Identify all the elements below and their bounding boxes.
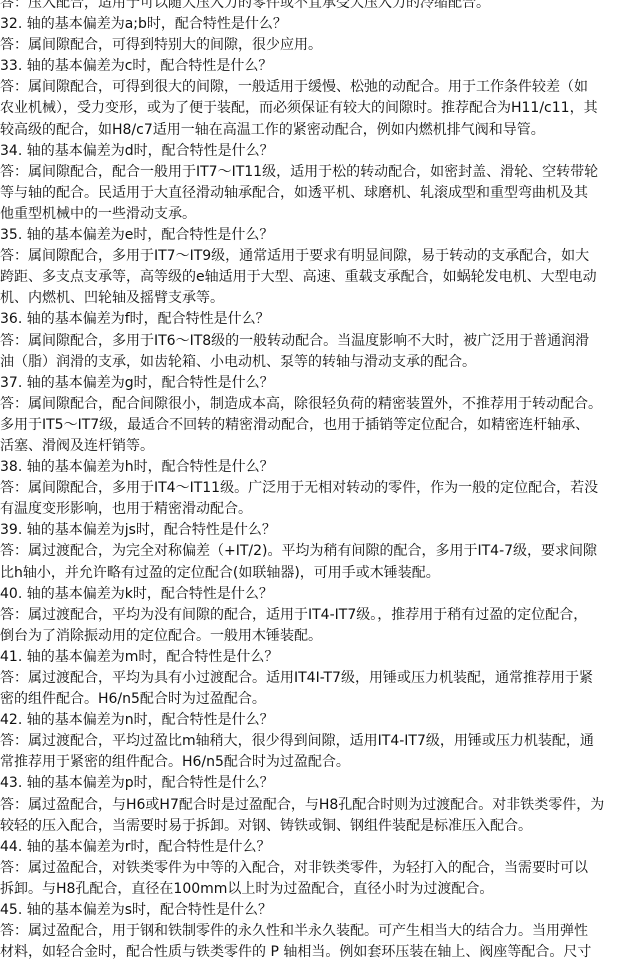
answer-36-line-2: 油（脂）润滑的支承，如齿轮箱、小电动机、泵等的转轴与滑动支承的配合。	[0, 352, 640, 373]
answer-41-line-2: 密的组件配合。H6/n5配合时为过盈配合。	[0, 689, 640, 710]
answer-34-line-3: 他重型机械中的一些滑动支承。	[0, 204, 640, 225]
question-41: 41. 轴的基本偏差为m时，配合特性是什么？	[0, 647, 640, 668]
answer-43-line-1: 答：属过盈配合，与H6或H7配合时是过盈配合，与H8孔配合时则为过渡配合。对非铁…	[0, 795, 640, 816]
answer-40-line-1: 答：属过渡配合，平均为没有间隙的配合，适用于IT4-IT7级。，推荐用于稍有过盈…	[0, 605, 640, 626]
answer-33-line-2: 农业机械），受力变形，或为了便于装配，而必须保证有较大的间隙时。推荐配合为H11…	[0, 98, 640, 119]
answer-37-line-2: 多用于IT5～IT7级，最适合不回转的精密滑动配合，也用于插销等定位配合，如精密…	[0, 415, 640, 436]
answer-37-line-3: 活塞、滑阀及连杆销等。	[0, 436, 640, 457]
question-32: 32. 轴的基本偏差为a;b时，配合特性是什么？	[0, 14, 640, 35]
question-34: 34. 轴的基本偏差为d时，配合特性是什么？	[0, 141, 640, 162]
answer-35-line-1: 答：属间隙配合，多用于IT7～IT9级，通常适用于要求有明显间隙，易于转动的支承…	[0, 246, 640, 267]
question-45: 45. 轴的基本偏差为s时，配合特性是什么？	[0, 900, 640, 921]
question-37: 37. 轴的基本偏差为g时，配合特性是什么？	[0, 373, 640, 394]
question-38: 38. 轴的基本偏差为h时，配合特性是什么？	[0, 457, 640, 478]
answer-38-line-2: 有温度变形影响，也用于精密滑动配合。	[0, 499, 640, 520]
question-35: 35. 轴的基本偏差为e时，配合特性是什么？	[0, 225, 640, 246]
answer-44-line-2: 拆卸。与H8孔配合，直径在100mm以上时为过盈配合，直径小时为过渡配合。	[0, 879, 640, 900]
question-36: 36. 轴的基本偏差为f时，配合特性是什么？	[0, 309, 640, 330]
answer-31-line-1: 答：压入配合，适用于可以随大压入力的零件或不宜承受大压入力的冷缩配合。	[0, 0, 640, 14]
answer-42-line-1: 答：属过渡配合，平均过盈比m轴稍大，很少得到间隙，适用IT4-IT7级，用锤或压…	[0, 731, 640, 752]
answer-33-line-3: 较高级的配合，如H8/c7适用一轴在高温工作的紧密动配合，例如内燃机排气阀和导管…	[0, 120, 640, 141]
answer-44-line-1: 答：属过盈配合，对铁类零件为中等的入配合，对非铁类零件，为轻打入的配合，当需要时…	[0, 858, 640, 879]
answer-32-line-1: 答：属间隙配合，可得到特别大的间隙，很少应用。	[0, 35, 640, 56]
answer-45-line-1: 答：属过盈配合，用于钢和铁制零件的永久性和半永久装配。可产生相当大的结合力。当用…	[0, 921, 640, 942]
answer-35-line-3: 机、内燃机、凹轮轴及摇臂支承等。	[0, 288, 640, 309]
answer-34-line-2: 等与轴的配合。民适用于大直径滑动轴承配合，如透平机、球磨机、轧滚成型和重型弯曲机…	[0, 183, 640, 204]
answer-40-line-2: 倒台为了消除振动用的定位配合。一般用木锤装配。	[0, 626, 640, 647]
answer-36-line-1: 答：属间隙配合，多用于IT6～IT8级的一般转动配合。当温度影响不大时，被广泛用…	[0, 331, 640, 352]
answer-38-line-1: 答：属间隙配合，多用于IT4～IT11级。广泛用于无相对转动的零件，作为一般的定…	[0, 478, 640, 499]
question-44: 44. 轴的基本偏差为r时，配合特性是什么？	[0, 837, 640, 858]
answer-37-line-1: 答：属间隙配合，配合间隙很小，制造成本高，除很轻负荷的精密装置外，不推荐用于转动…	[0, 394, 640, 415]
answer-42-line-2: 常推荐用于紧密的组件配合。H6/n5配合时为过盈配合。	[0, 752, 640, 773]
answer-34-line-1: 答：属间隙配合，配合一般用于IT7～IT11级，适用于松的转动配合，如密封盖、滑…	[0, 162, 640, 183]
answer-45-line-2: 材料，如轻合金时，配合性质与铁类零件的 P 轴相当。例如套环压装在轴上、阀座等配…	[0, 942, 640, 960]
question-33: 33. 轴的基本偏差为c时，配合特性是什么？	[0, 56, 640, 77]
answer-39-line-1: 答：属过渡配合，为完全对称偏差（+IT/2)。平均为稍有间隙的配合，多用于IT4…	[0, 541, 640, 562]
answer-33-line-1: 答：属间隙配合，可得到很大的间隙，一般适用于缓慢、松弛的动配合。用于工作条件较差…	[0, 77, 640, 98]
question-42: 42. 轴的基本偏差为n时，配合特性是什么？	[0, 710, 640, 731]
question-39: 39. 轴的基本偏差为js时，配合特性是什么？	[0, 520, 640, 541]
answer-35-line-2: 跨距、多支点支承等，高等级的e轴适用于大型、高速、重载支承配合，如蜗轮发电机、大…	[0, 267, 640, 288]
answer-41-line-1: 答：属过渡配合，平均为具有小过渡配合。适用IT4I-T7级，用锤或压力机装配，通…	[0, 668, 640, 689]
document-body: 答：压入配合，适用于可以随大压入力的零件或不宜承受大压入力的冷缩配合。 32. …	[0, 0, 640, 960]
question-43: 43. 轴的基本偏差为p时，配合特性是什么？	[0, 773, 640, 794]
answer-43-line-2: 较轻的压入配合，当需要时易于拆卸。对钢、铸铁或铜、钢组件装配是标准压入配合。	[0, 816, 640, 837]
answer-39-line-2: 比h轴小，并允许略有过盈的定位配合(如联轴器)，可用手或木锤装配。	[0, 563, 640, 584]
question-40: 40. 轴的基本偏差为k时，配合特性是什么？	[0, 584, 640, 605]
